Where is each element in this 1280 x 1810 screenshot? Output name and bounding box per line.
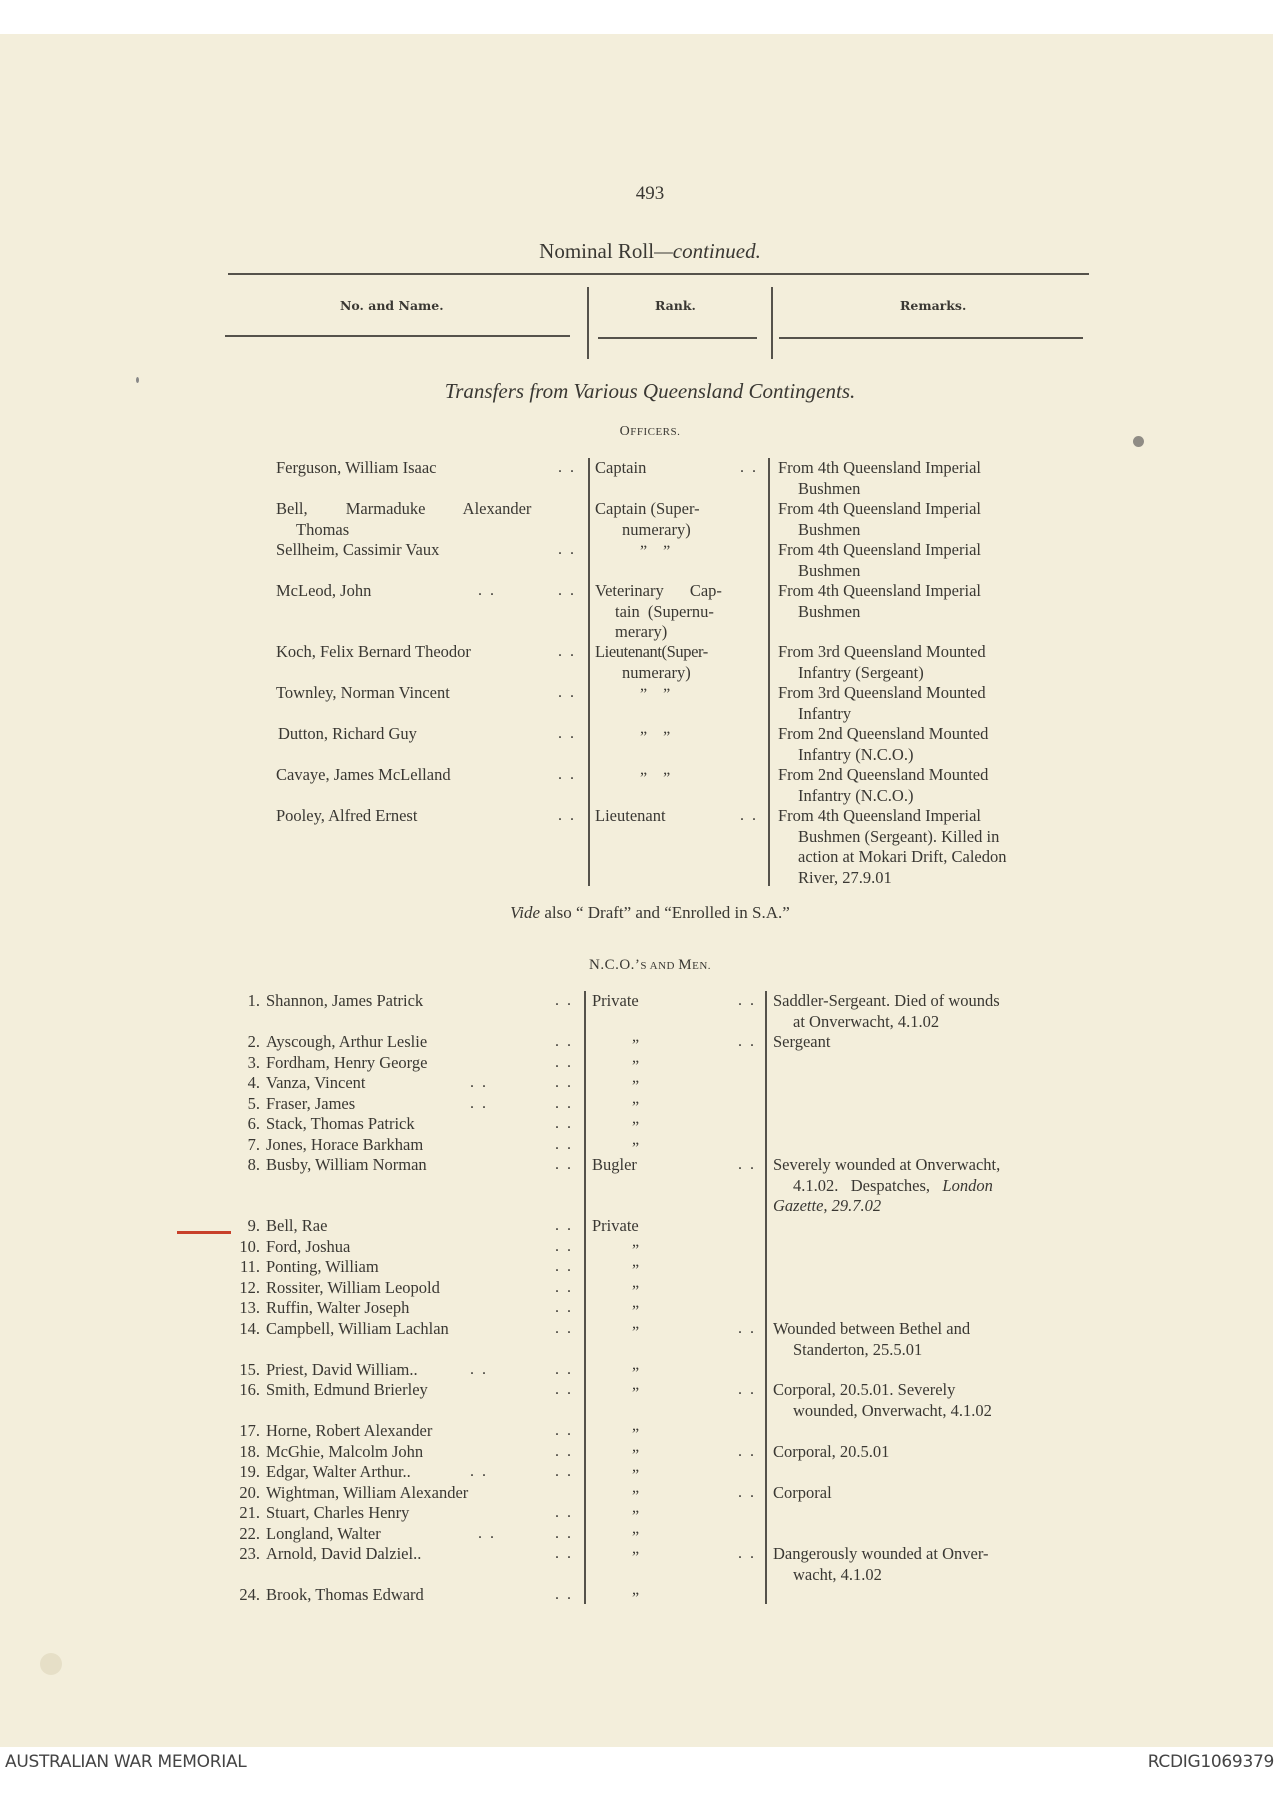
- rank-header-underline: [598, 337, 757, 339]
- column-header-rank: Rank.: [655, 298, 696, 313]
- man-remarks: Corporal: [773, 1483, 1083, 1504]
- ditto-mark: ”: [632, 1077, 639, 1098]
- ditto-mark: ”: [632, 1282, 639, 1303]
- man-name: 1.Shannon, James Patrick: [232, 991, 423, 1012]
- officer-rank: Veterinary Cap- tain (Supernu- merary): [595, 581, 757, 643]
- officer-name: Townley, Norman Vincent: [276, 683, 450, 704]
- leader-dots: . .: [738, 1483, 756, 1504]
- leader-dots: . .: [558, 540, 576, 561]
- man-name: 15.Priest, David William..: [232, 1360, 418, 1381]
- ditto-mark: ” ”: [640, 685, 670, 706]
- man-rank: Private: [592, 991, 639, 1012]
- leader-dots: . .: [555, 1032, 573, 1053]
- man-number: 17.: [232, 1421, 260, 1442]
- man-number: 24.: [232, 1585, 260, 1606]
- men-heading: N.C.O.’S AND MEN.: [0, 957, 1280, 974]
- man-remarks: Corporal, 20.5.01: [773, 1442, 1083, 1463]
- ditto-mark: ”: [632, 1118, 639, 1139]
- leader-dots: . .: [558, 581, 576, 602]
- header-col-divider-2: [771, 287, 773, 359]
- ditto-mark: ”: [632, 1323, 639, 1344]
- leader-dots: . .: [470, 1073, 488, 1094]
- man-name: 6.Stack, Thomas Patrick: [232, 1114, 415, 1135]
- leader-dots: . .: [740, 458, 758, 479]
- leader-dots: . .: [478, 581, 496, 602]
- section-title: Transfers from Various Queensland Contin…: [0, 379, 1280, 404]
- leader-dots: . .: [555, 1257, 573, 1278]
- man-remarks: Corporal, 20.5.01. Severelywounded, Onve…: [773, 1380, 1083, 1421]
- man-remarks: Sergeant: [773, 1032, 1083, 1053]
- leader-dots: . .: [738, 991, 756, 1012]
- ditto-mark: ”: [632, 1507, 639, 1528]
- officers-col-divider-2: [768, 458, 770, 886]
- leader-dots: . .: [738, 1155, 756, 1176]
- man-number: 22.: [232, 1524, 260, 1545]
- man-name: 13.Ruffin, Walter Joseph: [232, 1298, 409, 1319]
- leader-dots: . .: [555, 1094, 573, 1115]
- leader-dots: . .: [555, 1155, 573, 1176]
- man-rank: Private: [592, 1216, 639, 1237]
- ditto-mark: ” ”: [640, 542, 670, 563]
- ditto-mark: ”: [632, 1589, 639, 1610]
- man-name: 14.Campbell, William Lachlan: [232, 1319, 449, 1340]
- officer-rank: Captain (Super- numerary): [595, 499, 700, 540]
- man-name: 2.Ayscough, Arthur Leslie: [232, 1032, 427, 1053]
- officer-remarks: From 4th Queensland ImperialBushmen: [778, 581, 1083, 622]
- man-number: 11.: [232, 1257, 260, 1278]
- ditto-mark: ”: [632, 1241, 639, 1262]
- man-name: 16.Smith, Edmund Brierley: [232, 1380, 428, 1401]
- vide-note: Vide also “ Draft” and “Enrolled in S.A.…: [0, 903, 1280, 923]
- man-name: 11.Ponting, William: [232, 1257, 379, 1278]
- leader-dots: . .: [478, 1524, 496, 1545]
- man-name: 23.Arnold, David Dalziel..: [232, 1544, 421, 1565]
- officer-name: Cavaye, James McLelland: [276, 765, 451, 786]
- leader-dots: . .: [738, 1319, 756, 1340]
- man-name: 8.Busby, William Norman: [232, 1155, 427, 1176]
- man-name: 24.Brook, Thomas Edward: [232, 1585, 424, 1606]
- officer-name: Dutton, Richard Guy: [278, 724, 417, 745]
- leader-dots: . .: [558, 642, 576, 663]
- leader-dots: . .: [555, 1114, 573, 1135]
- ditto-mark: ”: [632, 1302, 639, 1323]
- leader-dots: . .: [555, 1360, 573, 1381]
- ditto-mark: ”: [632, 1261, 639, 1282]
- paper-stain: [40, 1653, 62, 1675]
- officers-heading: OFFICERS.: [0, 424, 1280, 440]
- footer-credit: AUSTRALIAN WAR MEMORIAL: [5, 1752, 246, 1772]
- ditto-mark: ”: [632, 1487, 639, 1508]
- man-name: 9.Bell, Rae: [232, 1216, 327, 1237]
- leader-dots: . .: [555, 1135, 573, 1156]
- leader-dots: . .: [558, 724, 576, 745]
- man-name: 22.Longland, Walter: [232, 1524, 381, 1545]
- man-number: 12.: [232, 1278, 260, 1299]
- officer-name: Ferguson, William Isaac: [276, 458, 437, 479]
- leader-dots: . .: [555, 1319, 573, 1340]
- man-number: 21.: [232, 1503, 260, 1524]
- officer-remarks: From 4th Queensland ImperialBushmen: [778, 458, 1083, 499]
- leader-dots: . .: [555, 1524, 573, 1545]
- leader-dots: . .: [555, 1462, 573, 1483]
- officer-rank: Lieutenant: [595, 806, 666, 827]
- ditto-mark: ”: [632, 1446, 639, 1467]
- ditto-mark: ”: [632, 1036, 639, 1057]
- man-remarks: Saddler-Sergeant. Died of woundsat Onver…: [773, 991, 1083, 1032]
- leader-dots: . .: [558, 806, 576, 827]
- man-name: 18.McGhie, Malcolm John: [232, 1442, 423, 1463]
- leader-dots: . .: [470, 1360, 488, 1381]
- leader-dots: . .: [555, 991, 573, 1012]
- man-name: 21.Stuart, Charles Henry: [232, 1503, 409, 1524]
- man-remarks: Wounded between Bethel andStanderton, 25…: [773, 1319, 1083, 1360]
- header-col-divider-1: [587, 287, 589, 359]
- ditto-mark: ” ”: [640, 728, 670, 749]
- man-number: 19.: [232, 1462, 260, 1483]
- column-header-name: No. and Name.: [340, 298, 444, 313]
- leader-dots: . .: [555, 1073, 573, 1094]
- officer-name: McLeod, John: [276, 581, 371, 602]
- leader-dots: . .: [555, 1380, 573, 1401]
- title-main: Nominal Roll: [539, 239, 654, 263]
- man-number: 5.: [232, 1094, 260, 1115]
- officer-remarks: From 2nd Queensland MountedInfantry (N.C…: [778, 724, 1083, 765]
- officer-name: Sellheim, Cassimir Vaux: [276, 540, 439, 561]
- ditto-mark: ”: [632, 1364, 639, 1385]
- man-number: 9.: [232, 1216, 260, 1237]
- man-remarks: Dangerously wounded at Onver-wacht, 4.1.…: [773, 1544, 1083, 1585]
- men-col-divider-1: [584, 991, 586, 1604]
- leader-dots: . .: [555, 1237, 573, 1258]
- man-number: 15.: [232, 1360, 260, 1381]
- leader-dots: . .: [555, 1278, 573, 1299]
- men-col-divider-2: [765, 991, 767, 1604]
- man-name: 4.Vanza, Vincent: [232, 1073, 366, 1094]
- ditto-mark: ”: [632, 1548, 639, 1569]
- leader-dots: . .: [555, 1503, 573, 1524]
- page-title: Nominal Roll—continued.: [0, 239, 1280, 264]
- top-rule: [228, 273, 1089, 275]
- ditto-mark: ”: [632, 1425, 639, 1446]
- leader-dots: . .: [555, 1421, 573, 1442]
- ditto-mark: ”: [632, 1384, 639, 1405]
- man-number: 4.: [232, 1073, 260, 1094]
- man-number: 8.: [232, 1155, 260, 1176]
- leader-dots: . .: [470, 1462, 488, 1483]
- leader-dots: . .: [555, 1216, 573, 1237]
- leader-dots: . .: [470, 1094, 488, 1115]
- man-name: 12.Rossiter, William Leopold: [232, 1278, 440, 1299]
- leader-dots: . .: [738, 1032, 756, 1053]
- ditto-mark: ”: [632, 1466, 639, 1487]
- officer-name: Bell, Marmaduke Alexander Thomas: [276, 499, 577, 540]
- officer-rank: Captain: [595, 458, 646, 479]
- ditto-mark: ”: [632, 1528, 639, 1549]
- man-name: 17.Horne, Robert Alexander: [232, 1421, 432, 1442]
- leader-dots: . .: [558, 458, 576, 479]
- officer-remarks: From 4th Queensland ImperialBushmen: [778, 540, 1083, 581]
- ditto-mark: ”: [632, 1098, 639, 1119]
- leader-dots: . .: [555, 1585, 573, 1606]
- leader-dots: . .: [738, 1442, 756, 1463]
- man-rank: Bugler: [592, 1155, 637, 1176]
- leader-dots: . .: [740, 806, 758, 827]
- man-name: 20.Wightman, William Alexander: [232, 1483, 468, 1504]
- man-number: 6.: [232, 1114, 260, 1135]
- remarks-header-underline: [779, 337, 1083, 339]
- ditto-mark: ” ”: [640, 769, 670, 790]
- officer-rank: Lieutenant(Super- numerary): [595, 642, 708, 683]
- officer-remarks: From 4th Queensland ImperialBushmen (Ser…: [778, 806, 1083, 888]
- man-name: 3.Fordham, Henry George: [232, 1053, 427, 1074]
- ditto-mark: ”: [632, 1057, 639, 1078]
- man-name: 5.Fraser, James: [232, 1094, 355, 1115]
- man-name: 7.Jones, Horace Barkham: [232, 1135, 423, 1156]
- leader-dots: . .: [738, 1380, 756, 1401]
- man-number: 14.: [232, 1319, 260, 1340]
- officer-name: Pooley, Alfred Ernest: [276, 806, 417, 827]
- leader-dots: . .: [558, 765, 576, 786]
- officer-remarks: From 3rd Queensland MountedInfantry (Ser…: [778, 642, 1083, 683]
- man-number: 3.: [232, 1053, 260, 1074]
- officer-remarks: From 3rd Queensland MountedInfantry: [778, 683, 1083, 724]
- man-number: 16.: [232, 1380, 260, 1401]
- red-marker-line: [177, 1231, 231, 1234]
- man-name: 10.Ford, Joshua: [232, 1237, 350, 1258]
- leader-dots: . .: [738, 1544, 756, 1565]
- officers-col-divider-1: [588, 458, 590, 886]
- page-number: 493: [0, 183, 1280, 205]
- officer-remarks: From 4th Queensland ImperialBushmen: [778, 499, 1083, 540]
- man-name: 19.Edgar, Walter Arthur..: [232, 1462, 411, 1483]
- man-remarks: Severely wounded at Onverwacht,4.1.02. D…: [773, 1155, 1083, 1217]
- man-number: 2.: [232, 1032, 260, 1053]
- leader-dots: . .: [555, 1053, 573, 1074]
- title-suffix: —continued.: [654, 239, 761, 263]
- leader-dots: . .: [555, 1298, 573, 1319]
- footer-reference-id: RCDIG1069379: [1148, 1752, 1274, 1772]
- leader-dots: . .: [558, 683, 576, 704]
- man-number: 20.: [232, 1483, 260, 1504]
- man-number: 1.: [232, 991, 260, 1012]
- officer-remarks: From 2nd Queensland MountedInfantry (N.C…: [778, 765, 1083, 806]
- name-header-underline: [225, 335, 570, 337]
- leader-dots: . .: [555, 1442, 573, 1463]
- man-number: 10.: [232, 1237, 260, 1258]
- leader-dots: . .: [555, 1544, 573, 1565]
- man-number: 7.: [232, 1135, 260, 1156]
- man-number: 18.: [232, 1442, 260, 1463]
- column-header-remarks: Remarks.: [900, 298, 966, 313]
- officer-name: Koch, Felix Bernard Theodor: [276, 642, 471, 663]
- man-number: 13.: [232, 1298, 260, 1319]
- man-number: 23.: [232, 1544, 260, 1565]
